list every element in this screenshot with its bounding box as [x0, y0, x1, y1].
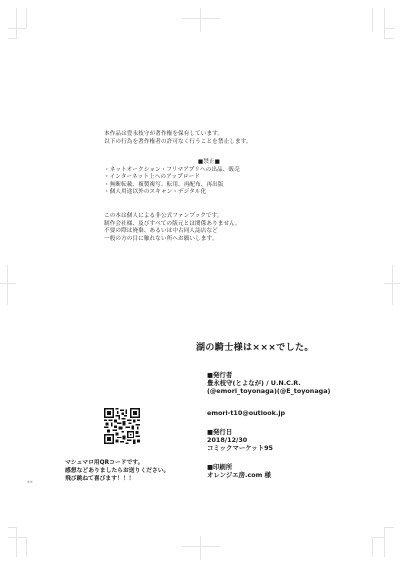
fanbook-disclaimer: この本は個人による非公式ファンブックです。 制作会社様、及びすべての版元とは関係…	[104, 213, 241, 243]
colophon-publisher: ■発行者 豊永枝守(とよなが) / U.N.C.R. (@emori_toyon…	[207, 371, 330, 396]
qr-caption-line: 感想などありましたらお送りください。	[65, 467, 169, 475]
colophon-date: ■発行日 2018/12/30 コミックマーケット95	[207, 428, 273, 453]
prohibited-heading: ■禁止■	[104, 159, 314, 167]
event-name: コミックマーケット95	[207, 444, 273, 452]
copyright-line: 以下の行為を著作権者の許可なく行うことを禁止します。	[104, 139, 252, 147]
printer-name: オレンジエ房.com 様	[207, 471, 271, 479]
prohibited-section: ■禁止■ ・ネットオークション・フリマアプリへの出品、販売 ・インターネット上へ…	[104, 159, 314, 197]
publisher-email: emori-t10@outlook.jp	[207, 409, 285, 417]
side-mark: ※※	[27, 480, 31, 484]
prohibited-item: ・インターネット上へのアップロード	[104, 174, 314, 182]
disclaimer-line: 一般の方の目に触れない所へお願いします。	[104, 236, 241, 244]
qr-code[interactable]	[104, 408, 140, 444]
copyright-notice: 本作品は豊永枝守が著作権を保有しています。 以下の行為を著作権者の許可なく行うこ…	[104, 131, 252, 146]
publisher-handles: (@emori_toyonaga)(@E_toyonaga)	[207, 387, 330, 395]
qr-caption-line: マシュマロ用QRコードです。	[65, 459, 169, 467]
qr-caption-line: 飛び跳ねて喜びます！！！	[65, 475, 169, 483]
printer-heading: ■印刷所	[207, 463, 271, 471]
publisher-heading: ■発行者	[207, 371, 330, 379]
date-heading: ■発行日	[207, 428, 273, 436]
prohibited-item: ・個人用途以外のスキャン・デジタル化	[104, 189, 314, 197]
qr-caption: マシュマロ用QRコードです。 感想などありましたらお送りください。 飛び跳ねて喜…	[65, 459, 169, 483]
colophon-printer: ■印刷所 オレンジエ房.com 様	[207, 463, 271, 479]
book-title: 湖の騎士様は×××でした。	[196, 340, 314, 353]
copyright-line: 本作品は豊永枝守が著作権を保有しています。	[104, 131, 252, 139]
publisher-name: 豊永枝守(とよなが) / U.N.C.R.	[207, 379, 330, 387]
disclaimer-line: この本は個人による非公式ファンブックです。	[104, 213, 241, 221]
disclaimer-line: 不要の際は廃棄、あるいは中古同人誌店など	[104, 228, 241, 236]
